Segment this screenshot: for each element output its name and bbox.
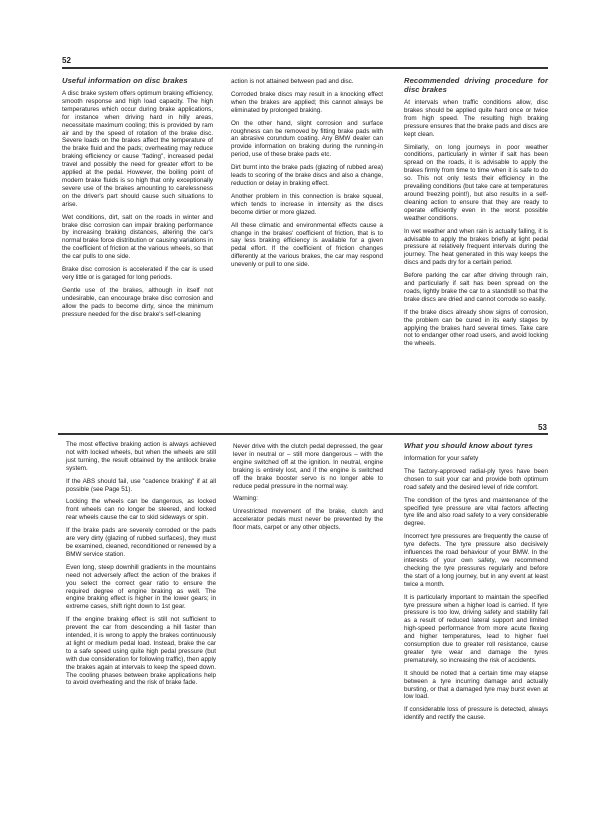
page-number: 52 — [62, 56, 71, 65]
paragraph: Wet conditions, dirt, salt on the roads … — [62, 214, 213, 261]
paragraph: Incorrect tyre pressures are frequently … — [404, 533, 548, 588]
paragraph: In wet weather and when rain is actually… — [404, 228, 548, 268]
paragraph: If the engine braking effect is still no… — [66, 616, 216, 687]
page-number: 53 — [538, 423, 547, 432]
paragraph: Brake disc corrosion is accelerated if t… — [62, 266, 213, 282]
header-rule — [58, 433, 548, 435]
paragraph: action is not attained between pad and d… — [231, 78, 383, 86]
column-2: Never drive with the clutch pedal depres… — [233, 443, 383, 537]
column-2: action is not attained between pad and d… — [231, 78, 383, 274]
paragraph: All these climatic and environmental eff… — [231, 222, 383, 269]
paragraph: Similarly, on long journeys in poor weat… — [404, 144, 548, 223]
column-1: The most effective braking action is alw… — [66, 441, 216, 692]
paragraph: If the brake discs already show signs of… — [404, 309, 548, 349]
paragraph: Even long, steep downhill gradients in t… — [66, 564, 216, 611]
section-heading: Recommended driving procedure for disc b… — [404, 76, 548, 94]
paragraph: Locking the wheels can be dangerous, as … — [66, 498, 216, 522]
section-heading: What you should know about tyres — [404, 441, 548, 450]
paragraph: The condition of the tyres and maintenan… — [404, 497, 548, 529]
paragraph: Never drive with the clutch pedal depres… — [233, 443, 383, 490]
column-3: What you should know about tyres Informa… — [404, 441, 548, 727]
column-3: Recommended driving procedure for disc b… — [404, 76, 548, 353]
warning-title: Warning: — [233, 495, 383, 503]
paragraph: If the brake pads are severely corroded … — [66, 527, 216, 559]
paragraph: Another problem in this connection is br… — [231, 193, 383, 217]
paragraph: Dirt burnt into the brake pads (glazing … — [231, 164, 383, 188]
page-52: 52 Useful information on disc brakes A d… — [0, 0, 590, 400]
paragraph: It is particularly important to maintain… — [404, 594, 548, 665]
paragraph: The most effective braking action is alw… — [66, 441, 216, 473]
header-rule — [62, 67, 548, 69]
section-heading: Useful information on disc brakes — [62, 76, 213, 85]
paragraph: It should be noted that a certain time m… — [404, 670, 548, 702]
paragraph: A disc brake system offers optimum braki… — [62, 90, 213, 209]
paragraph: At intervals when traffic conditions all… — [404, 99, 548, 139]
warning-text: Unrestricted movement of the brake, clut… — [233, 508, 383, 532]
page-53: 53 The most effective braking action is … — [0, 400, 590, 826]
subheading: Information for your safety — [404, 455, 548, 463]
paragraph: The factory-approved radial-ply tyres ha… — [404, 468, 548, 492]
paragraph: On the other hand, slight corrosion and … — [231, 120, 383, 160]
paragraph: If the ABS should fail, use "cadence bra… — [66, 478, 216, 494]
paragraph: Before parking the car after driving thr… — [404, 272, 548, 304]
paragraph: Corroded brake discs may result in a kno… — [231, 91, 383, 115]
column-1: Useful information on disc brakes A disc… — [62, 76, 213, 323]
paragraph: If considerable loss of pressure is dete… — [404, 706, 548, 722]
paragraph: Gentle use of the brakes, although in it… — [62, 287, 213, 319]
